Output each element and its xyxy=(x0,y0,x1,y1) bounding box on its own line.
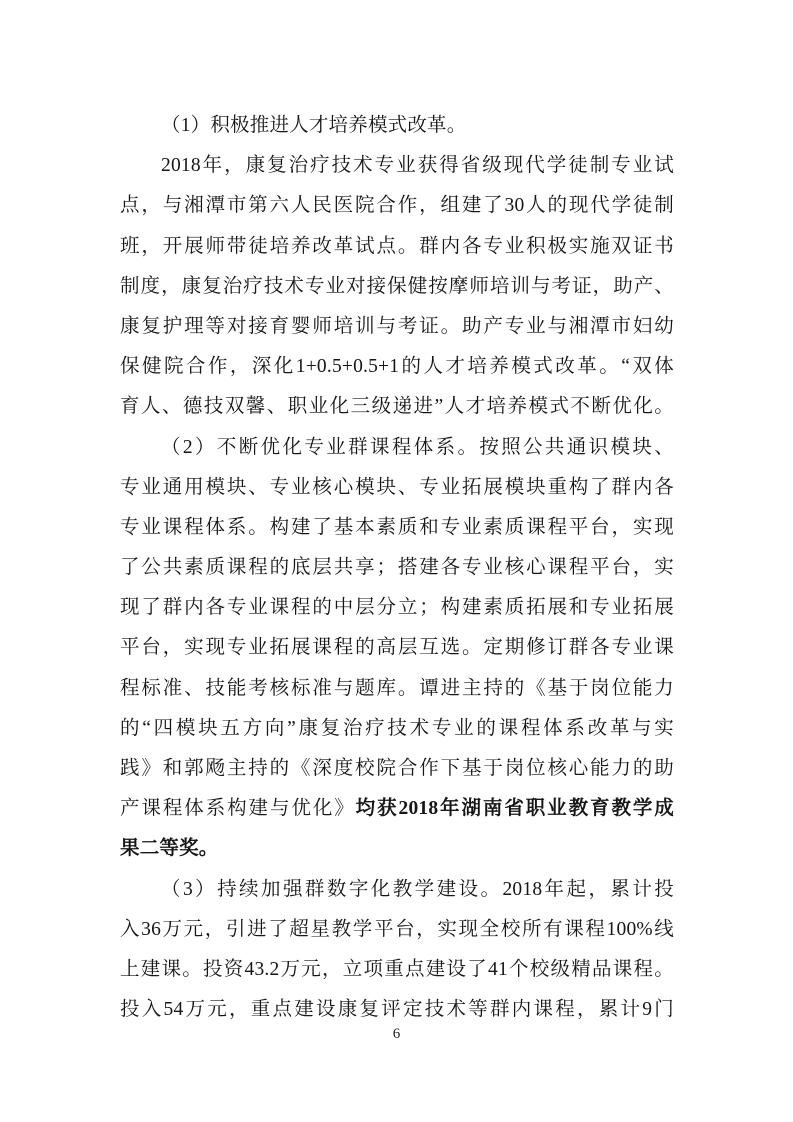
text-line: 践》和郭飏主持的《深度校院合作下基于岗位核心能力的助 xyxy=(120,749,674,789)
text-line: 保健院合作，深化1+0.5+0.5+1的人才培养模式改革。“双体 xyxy=(120,347,674,387)
document-page: （1）积极推进人才培养模式改革。 2018年，康复治疗技术专业获得省级现代学徒制… xyxy=(0,0,793,1122)
text-line: 程标准、技能考核标准与题库。谭进主持的《基于岗位能力 xyxy=(120,669,674,709)
page-number: 6 xyxy=(0,1025,793,1044)
text-line: （3）持续加强群数字化教学建设。2018年起，累计投 xyxy=(120,870,674,910)
text-line: 康复护理等对接育婴师培训与考证。助产专业与湘潭市妇幼 xyxy=(120,307,674,347)
text-line: 育人、德技双馨、职业化三级递进”人才培养模式不断优化。 xyxy=(120,387,674,427)
text-line: 点，与湘潭市第六人民医院合作，组建了30人的现代学徒制 xyxy=(120,186,674,226)
text-line: 专业课程体系。构建了基本素质和专业素质课程平台，实现 xyxy=(120,508,674,548)
text-line: 了公共素质课程的底层共享；搭建各专业核心课程平台，实 xyxy=(120,548,674,588)
text-line: 平台，实现专业拓展课程的高层互选。定期修订群各专业课 xyxy=(120,628,674,668)
text-line: 的“四模块五方向”康复治疗技术专业的课程体系改革与实 xyxy=(120,709,674,749)
text-segment: 产课程体系构建与优化》 xyxy=(120,798,356,819)
text-line: 果二等奖。 xyxy=(120,829,674,869)
text-segment-bold: 均获2018年湖南省职业教育教学成 xyxy=(356,798,674,819)
text-line: 制度，康复治疗技术专业对接保健按摩师培训与考证，助产、 xyxy=(120,267,674,307)
text-line: 专业通用模块、专业核心模块、专业拓展模块重构了群内各 xyxy=(120,468,674,508)
text-line: （1）积极推进人才培养模式改革。 xyxy=(120,106,674,146)
text-line: 上建课。投资43.2万元，立项重点建设了41个校级精品课程。 xyxy=(120,950,674,990)
document-body: （1）积极推进人才培养模式改革。 2018年，康复治疗技术专业获得省级现代学徒制… xyxy=(120,106,674,1030)
text-line: 现了群内各专业课程的中层分立；构建素质拓展和专业拓展 xyxy=(120,588,674,628)
text-line: （2）不断优化专业群课程体系。按照公共通识模块、 xyxy=(120,428,674,468)
text-line: 产课程体系构建与优化》均获2018年湖南省职业教育教学成 xyxy=(120,789,674,829)
text-line: 班，开展师带徒培养改革试点。群内各专业积极实施双证书 xyxy=(120,227,674,267)
text-line: 入36万元，引进了超星教学平台，实现全校所有课程100%线 xyxy=(120,910,674,950)
text-line: 2018年，康复治疗技术专业获得省级现代学徒制专业试 xyxy=(120,146,674,186)
